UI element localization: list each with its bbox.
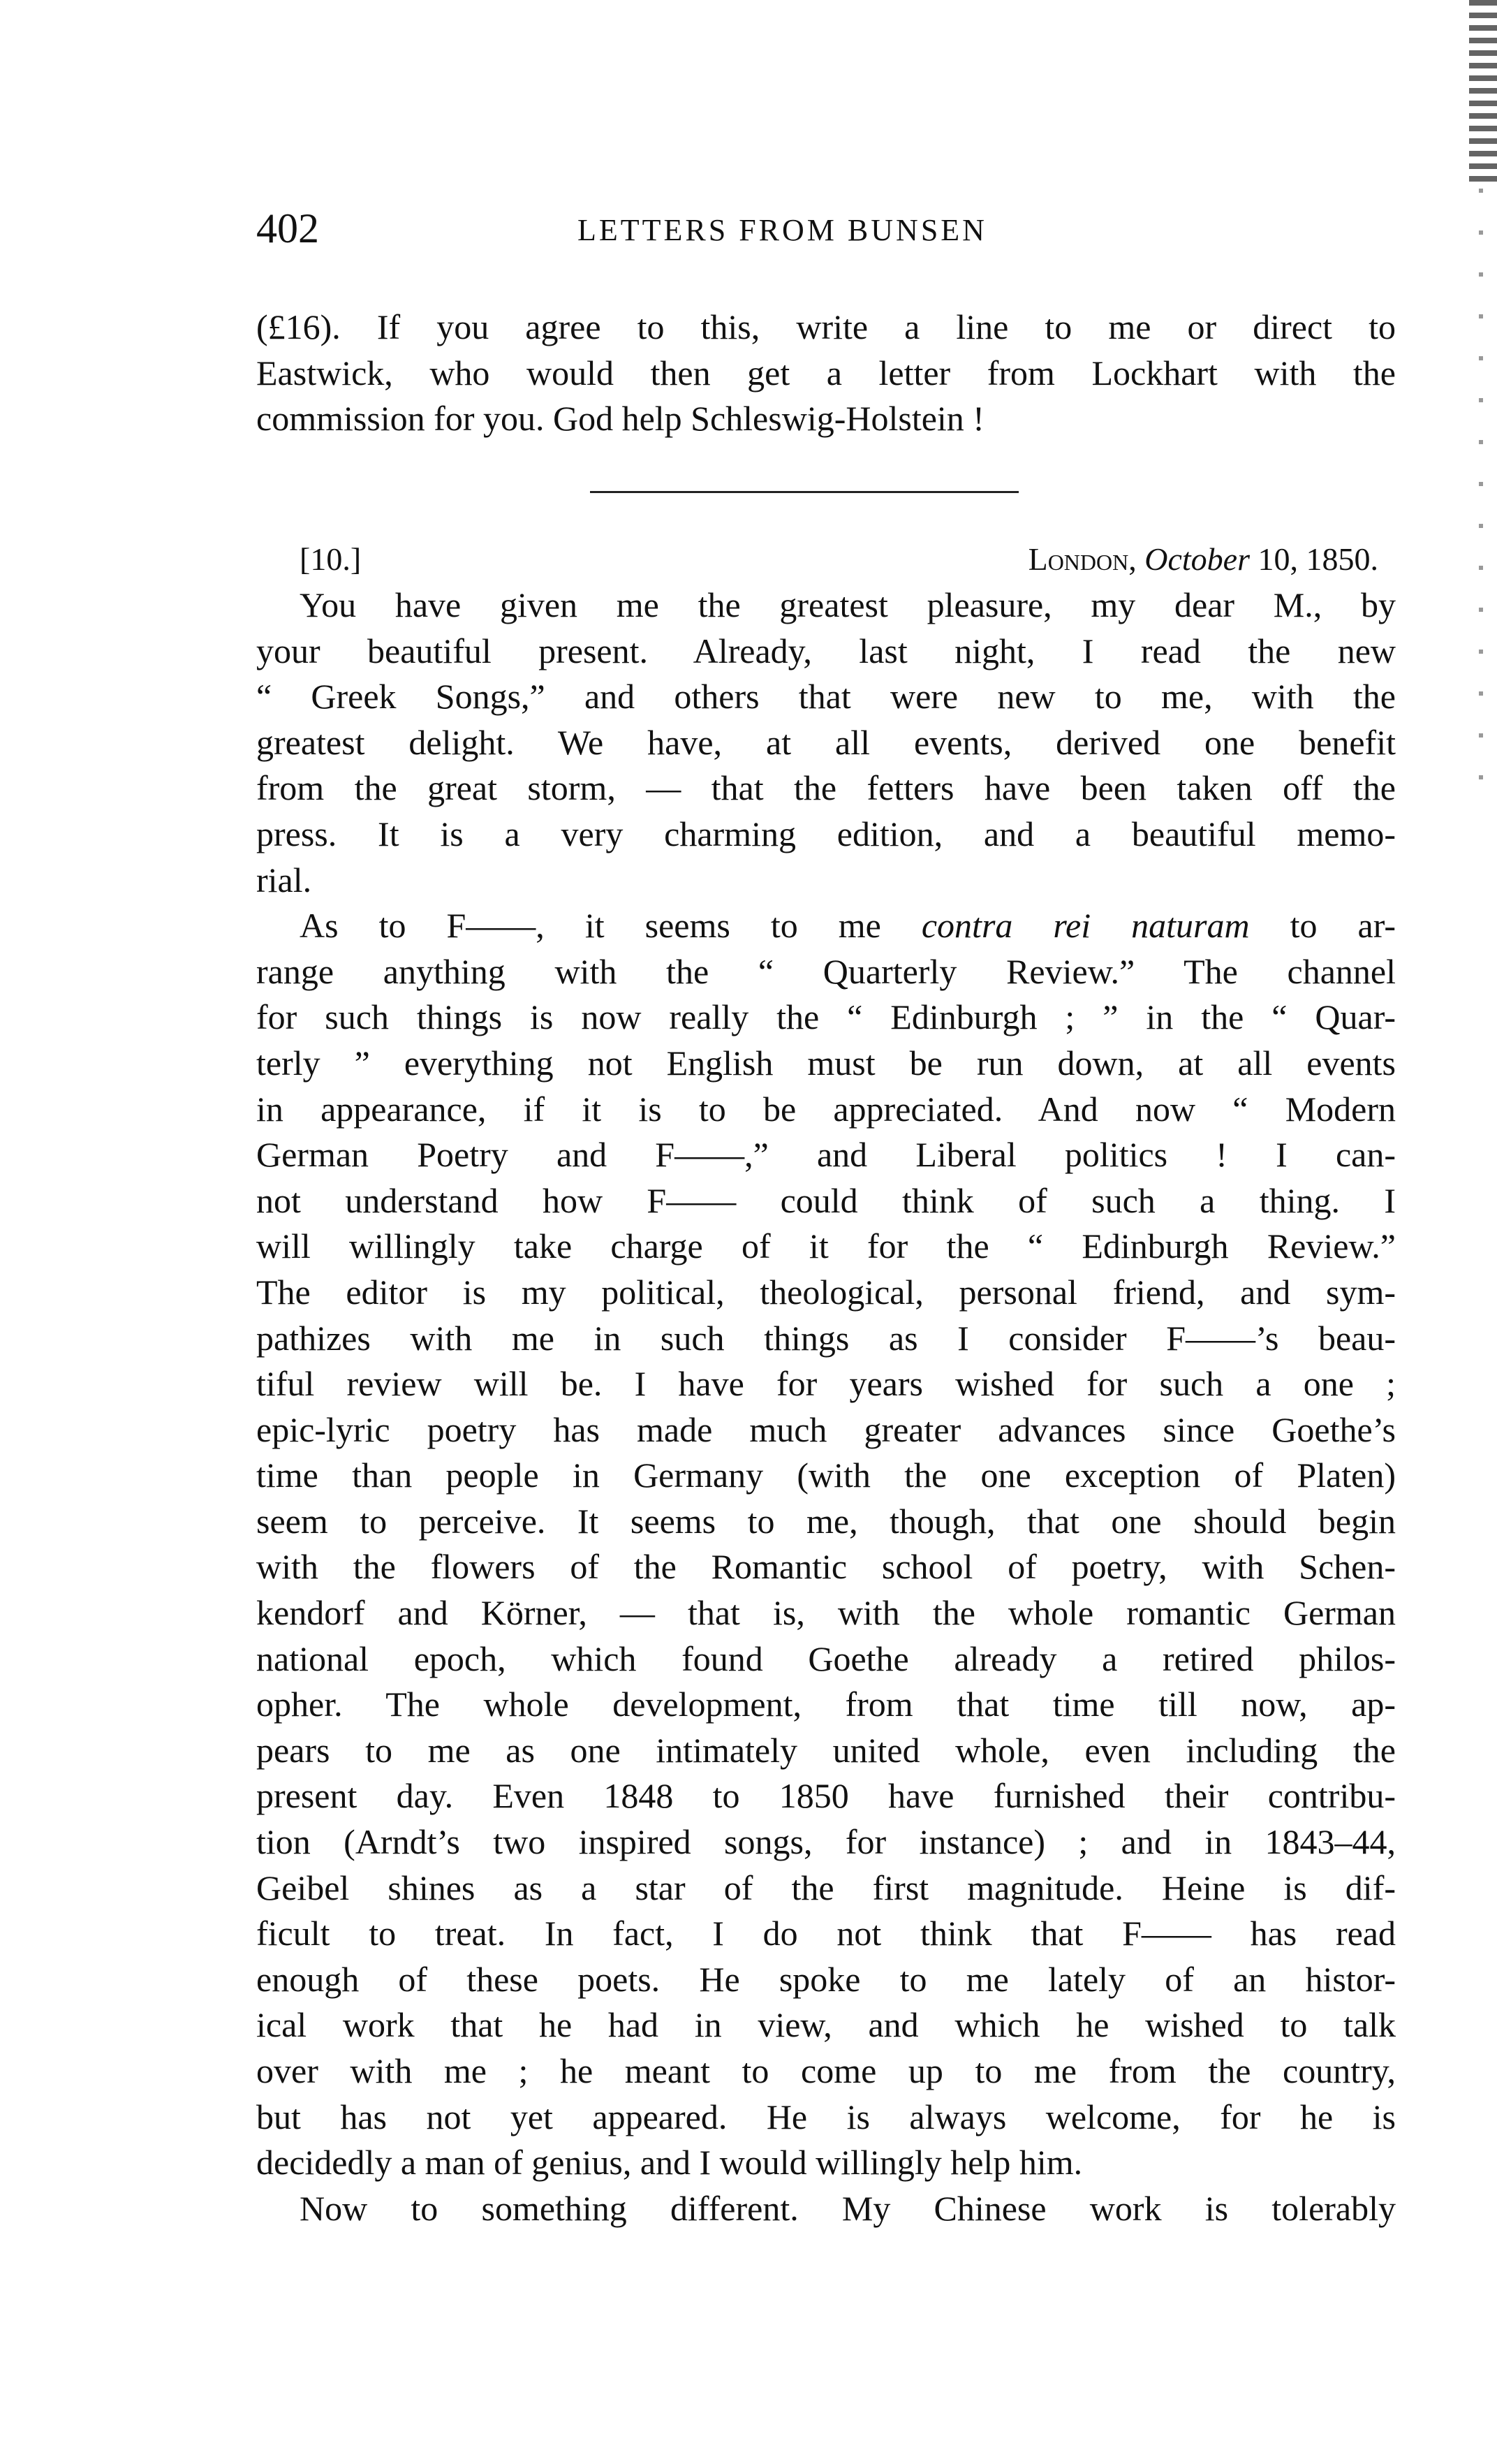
text-line: your beautiful present. Already, last ni…: [256, 629, 1396, 675]
text-line: (£16). If you agree to this, write a lin…: [256, 305, 1396, 351]
running-title: LETTERS FROM BUNSEN: [577, 210, 987, 251]
text-line: The editor is my political, theological,…: [256, 1270, 1396, 1316]
letter-body: You have given me the greatest pleasure,…: [256, 582, 1396, 2231]
text-line: will willingly take charge of it for the…: [256, 1224, 1396, 1270]
italic-phrase: contra rei naturam: [922, 906, 1250, 945]
text-line: from the great storm, — that the fetters…: [256, 765, 1396, 812]
text-line: opher. The whole development, from that …: [256, 1682, 1396, 1728]
letter-place: London,: [1028, 541, 1137, 577]
text-line: but has not yet appeared. He is always w…: [256, 2095, 1396, 2141]
text-line: not understand how F—— could think of su…: [256, 1178, 1396, 1224]
text-line: tiful review will be. I have for years w…: [256, 1361, 1396, 1407]
text-line: commission for you. God help Schleswig-H…: [256, 396, 1396, 442]
text-line: over with me ; he meant to come up to me…: [256, 2048, 1396, 2095]
text-line: press. It is a very charming edition, an…: [256, 812, 1396, 858]
text-line: ficult to treat. In fact, I do not think…: [256, 1911, 1396, 1957]
text-line: ical work that he had in view, and which…: [256, 2002, 1396, 2048]
scan-edge-artifact: [1469, 0, 1497, 182]
text-line: “ Greek Songs,” and others that were new…: [256, 674, 1396, 720]
text-line: Geibel shines as a star of the first mag…: [256, 1865, 1396, 1912]
text-line: As to F——, it seems to me contra rei nat…: [256, 903, 1396, 949]
text-run: to ar-: [1250, 906, 1396, 945]
text-line: Eastwick, who would then get a letter fr…: [256, 351, 1396, 397]
text-line: for such things is now really the “ Edin…: [256, 995, 1396, 1041]
text-line: pathizes with me in such things as I con…: [256, 1316, 1396, 1362]
page-number: 402: [256, 204, 319, 253]
letter-date: 10, 1850.: [1258, 541, 1379, 577]
text-line: in appearance, if it is to be appreciate…: [256, 1087, 1396, 1133]
text-line: German Poetry and F——,” and Liberal poli…: [256, 1132, 1396, 1178]
text-line: greatest delight. We have, at all events…: [256, 720, 1396, 766]
text-line: seem to perceive. It seems to me, though…: [256, 1499, 1396, 1545]
text-line: kendorf and Körner, — that is, with the …: [256, 1590, 1396, 1636]
section-divider: [590, 491, 1019, 493]
text-line: epic-lyric poetry has made much greater …: [256, 1407, 1396, 1453]
text-line: tion (Arndt’s two inspired songs, for in…: [256, 1819, 1396, 1865]
letter-dateline: London, October 10, 1850.: [1028, 536, 1378, 582]
text-line: pears to me as one intimately united who…: [256, 1728, 1396, 1774]
text-line: Now to something different. My Chinese w…: [256, 2186, 1396, 2232]
text-line: terly ” everything not English must be r…: [256, 1041, 1396, 1087]
text-line: national epoch, which found Goethe alrea…: [256, 1636, 1396, 1682]
text-line: enough of these poets. He spoke to me la…: [256, 1957, 1396, 2003]
text-line: time than people in Germany (with the on…: [256, 1453, 1396, 1499]
letter-heading: [10.] London, October 10, 1850.: [256, 536, 1396, 582]
text-line: You have given me the greatest pleasure,…: [256, 582, 1396, 629]
text-line: decidedly a man of genius, and I would w…: [256, 2140, 1396, 2186]
text-line: present day. Even 1848 to 1850 have furn…: [256, 1773, 1396, 1819]
text-line: rial.: [256, 858, 1396, 904]
text-line: range anything with the “ Quarterly Revi…: [256, 949, 1396, 995]
letter-number: [10.]: [300, 536, 361, 582]
running-head: 402 LETTERS FROM BUNSEN: [256, 204, 1396, 253]
letter-month: October: [1144, 541, 1250, 577]
text-run: As to F——, it seems to me: [300, 906, 922, 945]
continuation-paragraph: (£16). If you agree to this, write a lin…: [256, 305, 1396, 442]
scan-margin-marks: [1479, 189, 1483, 817]
text-line: with the flowers of the Romantic school …: [256, 1544, 1396, 1590]
